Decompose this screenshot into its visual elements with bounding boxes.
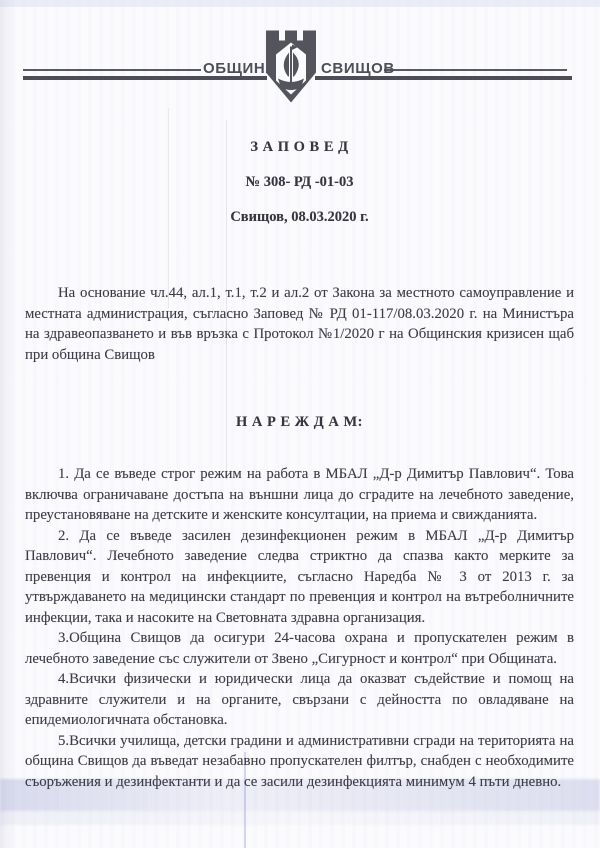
order-number: № 308- РД -01-03 (25, 172, 574, 192)
order-item: 2. Да се въведе засилен дезинфекционен р… (25, 526, 574, 629)
order-item: 4.Всички физически и юридически лица да … (25, 669, 574, 731)
scan-artifact-left-shadow (0, 0, 16, 848)
preamble-paragraph: На основание чл.44, ал.1, т.1, т.2 и ал.… (25, 283, 574, 365)
place-and-date: Свищов, 08.03.2020 г. (25, 207, 574, 227)
order-heading: Н А Р Е Ж Д А М: (25, 411, 574, 433)
order-item: 1. Да се въведе строг режим на работа в … (25, 464, 574, 526)
order-items: 1. Да се въведе строг режим на работа в … (25, 464, 574, 792)
order-item: 5.Всички училища, детски градини и админ… (25, 731, 574, 793)
document-body: З А П О В Е Д № 308- РД -01-03 Свищов, 0… (25, 0, 574, 792)
document-title: З А П О В Е Д (25, 137, 574, 157)
order-item: 3.Община Свищов да осигури 24-часова охр… (25, 628, 574, 669)
scan-artifact-bottom-band-light (0, 811, 600, 825)
scanned-document-page: ОБЩИНА СВИЩОВ З А П О В Е Д № 308- РД -0… (0, 0, 600, 848)
